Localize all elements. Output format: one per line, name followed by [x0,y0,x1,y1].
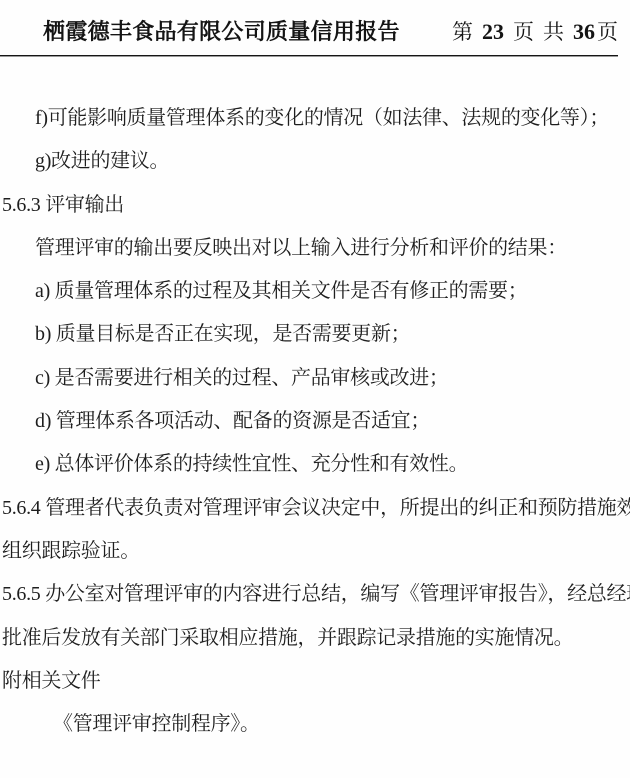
page-label-prefix: 第 [452,17,473,47]
page-label-total: 共 [543,17,564,47]
body-line: c) 是否需要进行相关的过程、产品审核或改进； [0,357,630,400]
page-number-indicator: 第 23 页 共 36 页 [452,17,618,47]
body-line: 《管理评审控制程序》。 [0,703,630,746]
body-line: d) 管理体系各项活动、配备的资源是否适宜； [0,400,630,443]
page-label-suffix: 页 [597,17,618,47]
body-line: 附相关文件 [0,660,630,703]
body-line: 5.6.3 评审输出 [0,184,630,227]
body-line: 批准后发放有关部门采取相应措施，并跟踪记录措施的实施情况。 [0,617,630,660]
document-body: f)可能影响质量管理体系的变化的情况（如法律、法规的变化等）；g)改进的建议。5… [0,97,630,746]
page-label-page: 页 [513,17,534,47]
body-line: 组织跟踪验证。 [0,530,630,573]
body-line: 5.6.4 管理者代表负责对管理评审会议决定中，所提出的纠正和预防措施效果 [0,487,630,530]
body-line: 5.6.5 办公室对管理评审的内容进行总结，编写《管理评审报告》，经总经理 [0,573,630,616]
total-page-number: 36 [573,17,595,47]
body-line: 管理评审的输出要反映出对以上输入进行分析和评价的结果： [0,227,630,270]
header-divider [0,55,618,57]
page-header: 栖霞德丰食品有限公司质量信用报告 第 23 页 共 36 页 [0,17,630,49]
current-page-number: 23 [482,17,504,47]
body-line: f)可能影响质量管理体系的变化的情况（如法律、法规的变化等）； [0,97,630,140]
body-line: a) 质量管理体系的过程及其相关文件是否有修正的需要； [0,270,630,313]
document-page: 栖霞德丰食品有限公司质量信用报告 第 23 页 共 36 页 f)可能影响质量管… [0,0,630,778]
body-line: g)改进的建议。 [0,140,630,183]
document-title: 栖霞德丰食品有限公司质量信用报告 [43,17,400,47]
body-line: e) 总体评价体系的持续性宜性、充分性和有效性。 [0,443,630,486]
body-line: b) 质量目标是否正在实现，是否需要更新； [0,313,630,356]
